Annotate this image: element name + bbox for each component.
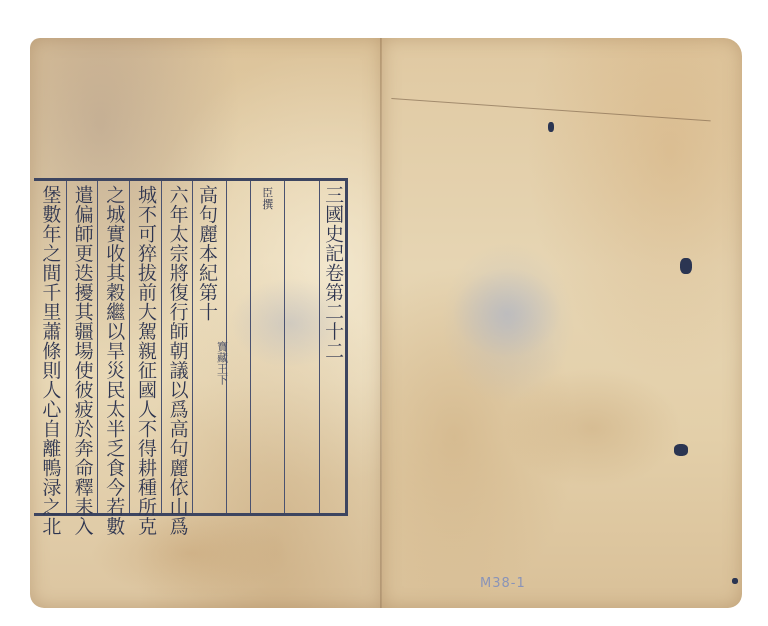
ink-blot — [732, 578, 738, 584]
book-title: 三國史記卷第二十二 — [323, 185, 342, 361]
blank-column — [284, 181, 320, 513]
ink-blot — [680, 258, 692, 274]
text-column: 遣偏師更迭擾其疆場使彼疲於奔命釋耒入 — [66, 181, 98, 513]
water-stain — [502, 368, 682, 488]
chapter-subnote: 寶藏王下 — [213, 341, 229, 385]
text-column-2: 城不可猝拔前大駕親征國人不得耕種所克 — [136, 185, 155, 536]
text-column: 堡數年之間千里蕭條則人心自離鴨渌之北 — [34, 181, 66, 513]
open-book: 三國史記卷第二十二 臣撰 高句麗本紀第十 寶藏王下 六年太宗將復行師朝議以爲高句… — [30, 38, 742, 608]
chapter-heading: 高句麗本紀第十 — [197, 185, 216, 322]
text-column: 之城實收其穀繼以旱災民太半乏食今若數 — [97, 181, 129, 513]
compiler-column: 臣撰 — [250, 181, 284, 513]
text-column: 六年太宗將復行師朝議以爲高句麗依山爲 — [161, 181, 193, 513]
compiler-note: 臣撰 — [262, 187, 273, 210]
text-block-frame: 三國史記卷第二十二 臣撰 高句麗本紀第十 寶藏王下 六年太宗將復行師朝議以爲高句… — [34, 178, 348, 516]
title-column: 三國史記卷第二十二 — [319, 181, 345, 513]
catalog-stamp: M38-1 — [480, 576, 526, 591]
text-column: 城不可猝拔前大駕親征國人不得耕種所克 — [129, 181, 161, 513]
left-page: 三國史記卷第二十二 臣撰 高句麗本紀第十 寶藏王下 六年太宗將復行師朝議以爲高句… — [30, 38, 382, 608]
water-stain — [452, 268, 562, 358]
heading-column: 高句麗本紀第十 寶藏王下 — [192, 181, 226, 513]
ink-blot — [674, 444, 688, 456]
text-column-1: 六年太宗將復行師朝議以爲高句麗依山爲 — [168, 185, 187, 536]
blank-column — [226, 181, 250, 513]
text-column-3: 之城實收其穀繼以旱災民太半乏食今若數 — [104, 185, 123, 536]
text-column-4: 遣偏師更迭擾其疆場使彼疲於奔命釋耒入 — [73, 185, 92, 536]
text-column-5: 堡數年之間千里蕭條則人心自離鴨渌之北 — [40, 185, 59, 536]
